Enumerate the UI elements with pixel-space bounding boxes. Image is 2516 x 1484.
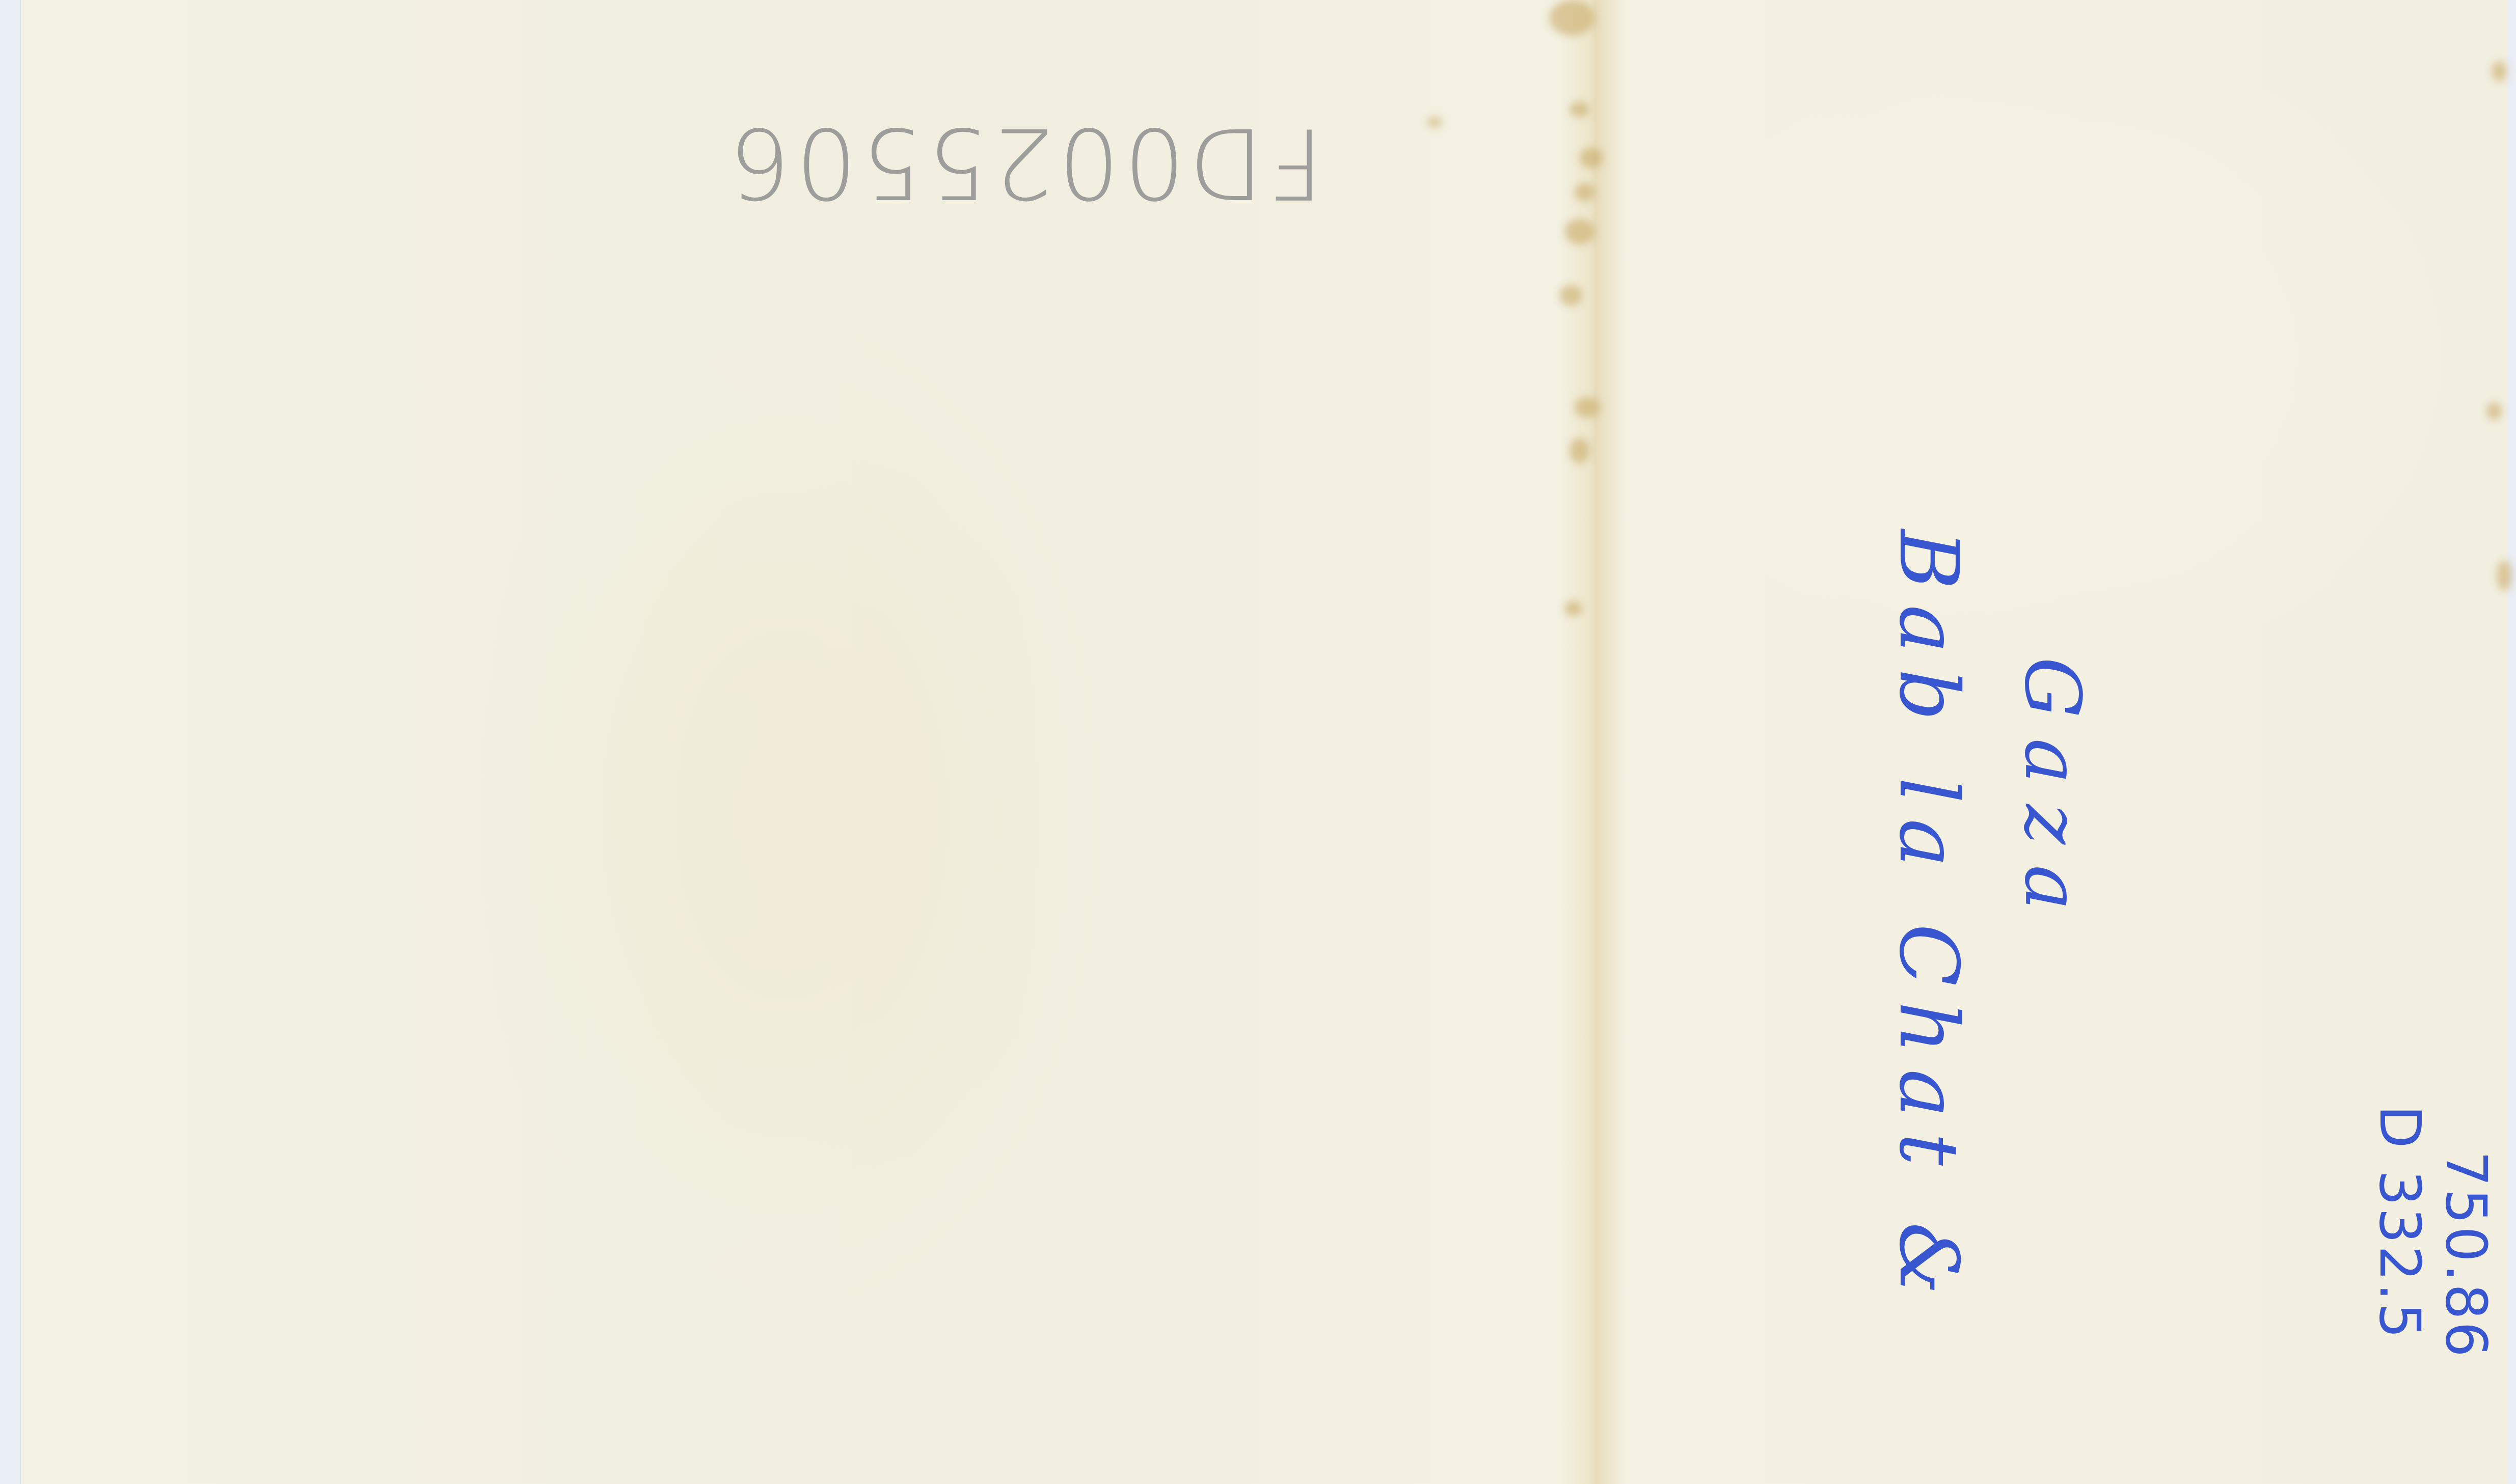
foxing-stain	[1570, 102, 1590, 117]
foxing-stain	[1570, 438, 1590, 463]
foxing-stain	[1575, 397, 1600, 418]
foxing-stain	[1575, 183, 1595, 201]
foxing-stain	[1427, 117, 1442, 127]
foxing-stain	[1580, 148, 1603, 168]
foxing-stain	[1549, 0, 1595, 36]
foxing-stain	[2492, 61, 2507, 81]
handwritten-place-line-1: Gaza	[2008, 657, 2096, 931]
foxing-stain	[1564, 219, 1595, 244]
call-number-line-2: D 332.5	[2367, 1105, 2432, 1341]
call-number-line-1: 750.86	[2433, 1151, 2499, 1359]
foxing-stain	[1559, 285, 1582, 306]
handwritten-place-line-2: Bab la Chat &	[1881, 530, 1977, 1310]
foxing-stain	[2486, 402, 2502, 420]
document-sheet: FD0025506	[20, 0, 2507, 1484]
foxing-stain	[2497, 560, 2512, 591]
foxing-stain	[1564, 601, 1582, 616]
pencil-inventory-number: FD0025506	[754, 102, 1294, 224]
